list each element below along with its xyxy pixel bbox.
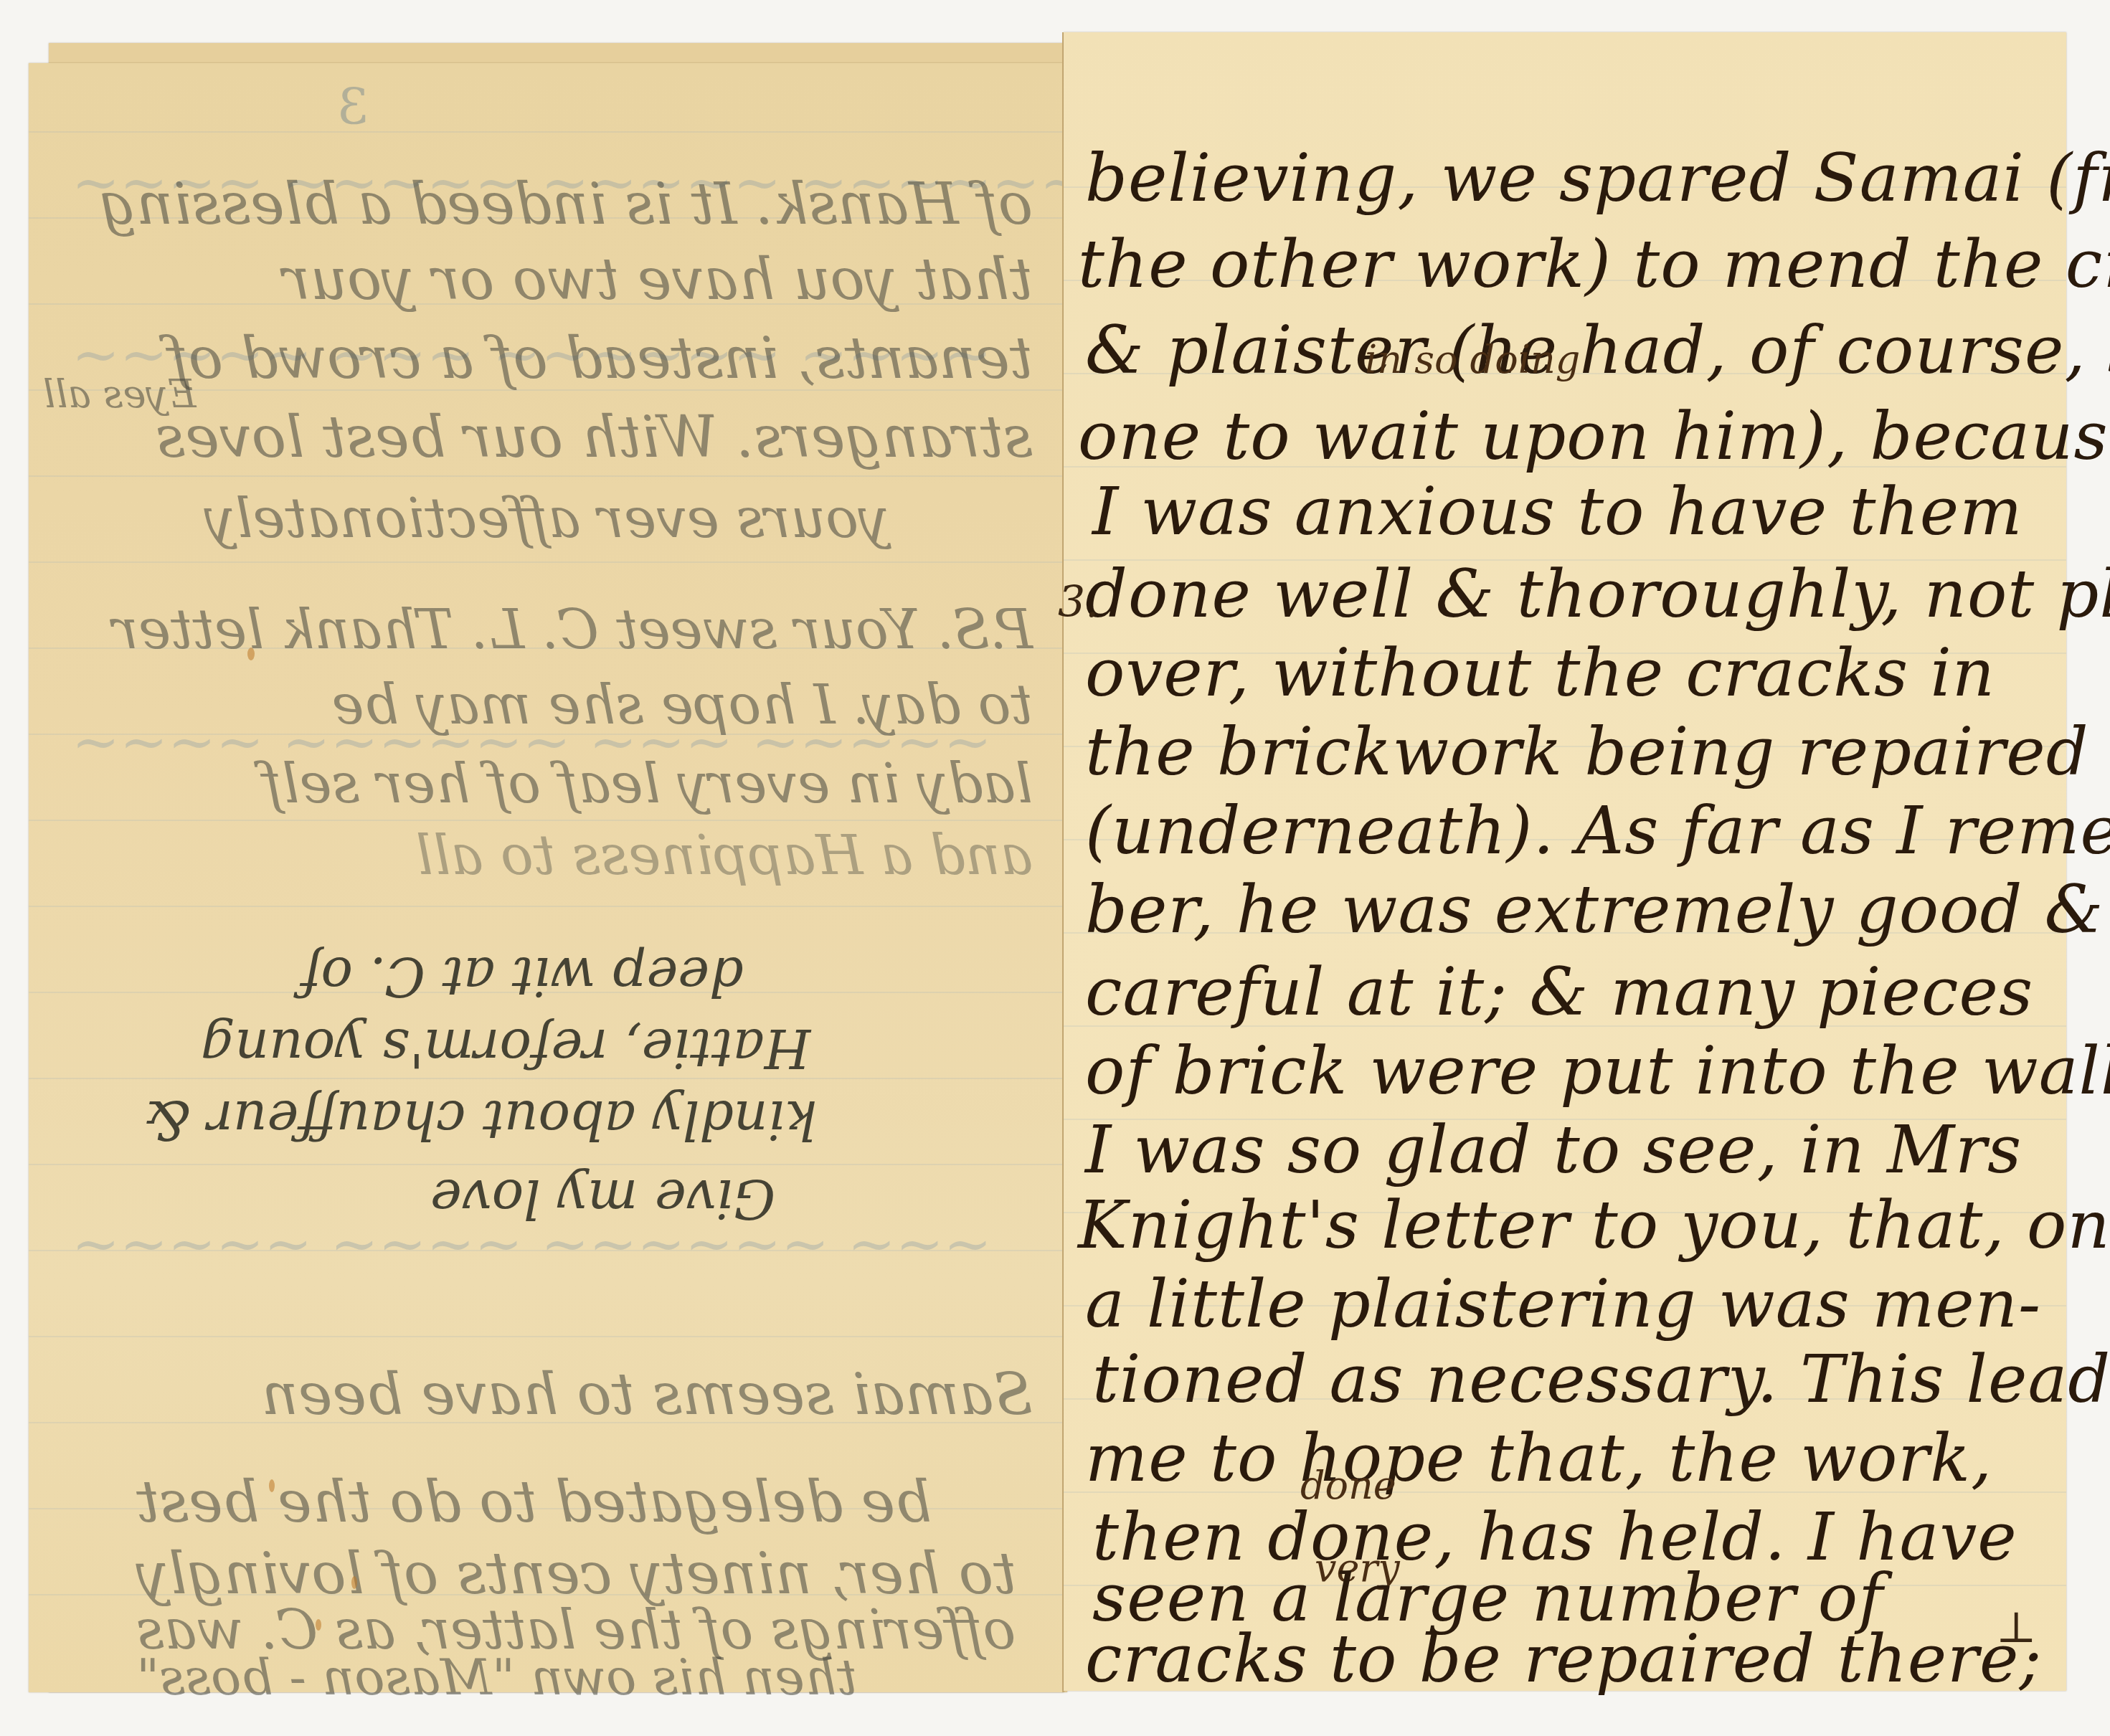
margin-mark: 3. (1058, 577, 1099, 627)
page-end-mark: ⊥ (1996, 1603, 2036, 1653)
upside-postscript-1: deep wit at C. of (301, 945, 743, 1007)
foxing-spot (269, 1479, 275, 1492)
upside-postscript-2: Hattie, reform's young (201, 1017, 810, 1078)
ruled-line (29, 131, 1064, 133)
letter-line-4: one to wait upon him), because (1078, 398, 2110, 475)
letter-line-6: done well & thoroughly, not plaistered (1085, 556, 2110, 632)
left-page: 3 ~~~~ ~~~~~ ~~~~~ ~~~~~~ ~~~~~ ~~~ ~~~~… (29, 63, 1064, 1692)
foxing-spot (316, 1619, 321, 1631)
upside-postscript-4: Give my love (430, 1167, 775, 1229)
bleed-line-6: P.S. Your sweet C. L. Thank letter (459, 597, 1033, 661)
bleed-line-1: of Hansk. It is indeed a blessing (244, 171, 1033, 237)
ruled-line (29, 906, 1064, 907)
bleed-line-3: tenants, instead of a crowd of (330, 325, 1033, 392)
letter-line-13: I was so glad to see, in Mrs (1085, 1111, 2022, 1188)
bleed-line-9: and a Happiness to all (495, 823, 1033, 887)
ruled-line (29, 1164, 1064, 1165)
letter-line-17: me to hope that, the work, (1085, 1420, 1992, 1497)
foxing-spot (351, 1576, 357, 1589)
ruled-line (29, 475, 1064, 477)
bleed-line-8: lady in every leaf of her self (495, 751, 1033, 815)
foxing-spot (247, 648, 255, 660)
bleed-line-10: Samai seems to have been (316, 1361, 1033, 1428)
right-page: believing, we spared Samai (from the oth… (1064, 32, 2066, 1691)
page-number: 3 (337, 77, 369, 136)
bleed-line-2: that you have two or your (330, 246, 1033, 313)
letter-line-5: I was anxious to have them (1092, 473, 2023, 550)
letter-line-20: cracks to be repaired there; (1085, 1621, 2043, 1697)
letter-line-10: ber, he was extremely good & (1085, 871, 2104, 948)
letter-line-2: the other work) to mend the cracks, (1078, 226, 2110, 303)
ruled-line (29, 1336, 1064, 1337)
letter-line-11: careful at it; & many pieces (1085, 954, 2033, 1030)
bleed-line-5: yours ever affectionately (387, 486, 889, 550)
letter-line-3: & plaister (he had, of course, some (1085, 312, 2110, 389)
letter-line-7: over, without the cracks in (1085, 635, 1995, 711)
bleed-line-14: then his own "Mason - boss" (136, 1648, 1033, 1707)
ruled-line (29, 561, 1064, 563)
bleed-line-7: to day. I hope she may be (495, 673, 1033, 736)
bleed-line-11: be delegated to do the best (136, 1469, 1033, 1535)
margin-note: Eyes all (43, 371, 197, 417)
letter-line-1: believing, we spared Samai (from (1085, 140, 2110, 217)
letter-line-9: (underneath). As far as I remem- (1085, 792, 2110, 869)
letter-line-15: a little plaistering was men- (1085, 1266, 2041, 1342)
letter-line-12: of brick were put into the walls. (1085, 1033, 2110, 1109)
upside-postscript-3: kindly about chauffeur & (143, 1088, 817, 1150)
interlinear-insert: in so doing (1365, 337, 1580, 382)
bleed-line-4: strangers. With our best loves (330, 404, 1033, 470)
letter-line-16: tioned as necessary. This leads (1092, 1341, 2110, 1418)
ruled-line (29, 820, 1064, 821)
letter-line-14: Knight's letter to you, that, only (1078, 1187, 2110, 1263)
letter-line-8: the brickwork being repaired (1085, 713, 2089, 790)
